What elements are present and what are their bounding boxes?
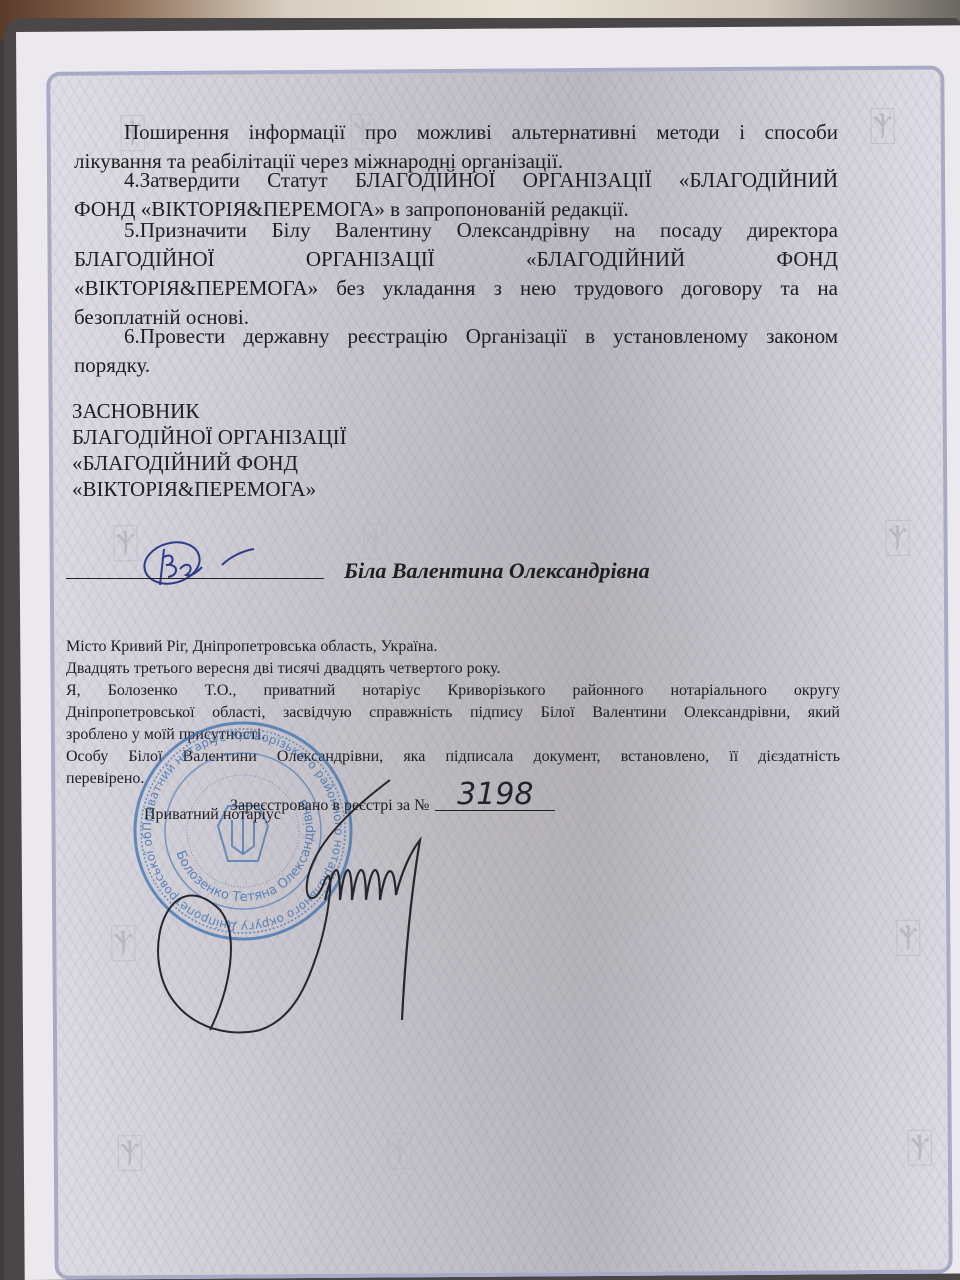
text-line: 6.Провести державну реєстрацію Організац… xyxy=(74,322,838,351)
founder-line: ЗАСНОВНИК xyxy=(72,398,347,424)
text-line: Я, Болозенко Т.О., приватний нотаріус Кр… xyxy=(66,680,840,702)
notary-signature xyxy=(140,760,470,1040)
text-line: Поширення інформації про можливі альтерн… xyxy=(74,118,838,147)
text-line: «ВІКТОРІЯ&ПЕРЕМОГА» без укладання з нею … xyxy=(74,274,838,303)
text-line: 4.Затвердити Статут БЛАГОДІЙНОЇ ОРГАНІЗА… xyxy=(74,166,838,195)
text-line: Місто Кривий Ріг, Дніпропетровська облас… xyxy=(66,636,840,658)
text-line: БЛАГОДІЙНОЇ ОРГАНІЗАЦІЇ «БЛАГОДІЙНИЙ ФОН… xyxy=(74,245,838,274)
founder-signature xyxy=(130,535,270,595)
founder-line: «БЛАГОДІЙНИЙ ФОНД xyxy=(72,450,347,476)
text-line: порядку. xyxy=(74,351,838,380)
document-content: Поширення інформації про можливі альтерн… xyxy=(0,0,960,1280)
signer-name: Біла Валентина Олександрівна xyxy=(344,558,650,584)
text-line: 5.Призначити Білу Валентину Олександрівн… xyxy=(74,216,838,245)
founder-line: БЛАГОДІЙНОЇ ОРГАНІЗАЦІЇ xyxy=(72,424,347,450)
founder-line: «ВІКТОРІЯ&ПЕРЕМОГА» xyxy=(72,476,347,502)
text-line: Двадцять третього вересня дві тисячі два… xyxy=(66,658,840,680)
signature-line xyxy=(66,578,324,579)
item-6-state-registration: 6.Провести державну реєстрацію Організац… xyxy=(74,322,838,380)
item-5-appoint-director: 5.Призначити Білу Валентину Олександрівн… xyxy=(74,216,838,332)
founder-block: ЗАСНОВНИК БЛАГОДІЙНОЇ ОРГАНІЗАЦІЇ «БЛАГО… xyxy=(72,398,347,502)
